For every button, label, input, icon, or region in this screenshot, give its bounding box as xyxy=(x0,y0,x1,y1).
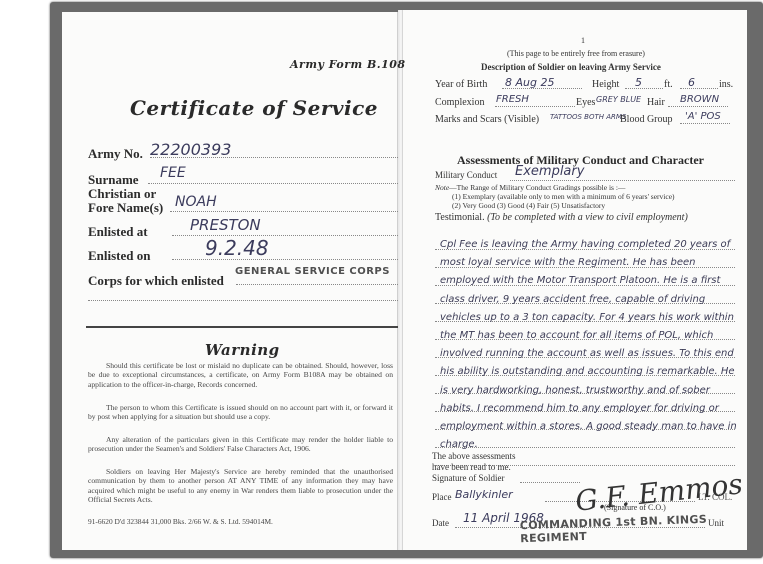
corps-stamp: GENERAL SERVICE CORPS xyxy=(235,266,390,277)
warning-paragraph-3: Any alteration of the particulars given … xyxy=(88,435,393,454)
feet-unit: ft. xyxy=(664,79,673,90)
unit-label: Unit xyxy=(708,518,724,528)
eyes-label: Eyes xyxy=(576,97,595,108)
year-of-birth-value: 8 Aug 25 xyxy=(505,76,554,89)
blank-dotted-line xyxy=(88,300,398,301)
corps-label: Corps for which enlisted xyxy=(88,273,224,288)
fore-names-label: Fore Name(s) xyxy=(88,200,163,215)
blood-group-value: 'A' POS xyxy=(685,111,721,122)
eyes-value: GREY BLUE xyxy=(596,95,641,104)
enlisted-at-value: PRESTON xyxy=(190,216,261,234)
gradings-note-1: Note—The Range of Military Conduct Gradi… xyxy=(435,183,625,192)
corps-field: Corps for which enlisted xyxy=(88,273,224,289)
inches-unit: ins. xyxy=(719,79,733,90)
warning-title: Warning xyxy=(205,341,280,359)
gradings-note-3: (2) Very Good (3) Good (4) Fair (5) Unsa… xyxy=(452,201,605,210)
enlisted-on-label: Enlisted on xyxy=(88,248,151,263)
height-inches-value: 6 xyxy=(688,76,695,89)
gradings-note-2: (1) Exemplary (available only to men wit… xyxy=(452,192,675,201)
marks-value: TATTOOS BOTH ARMS xyxy=(550,113,626,121)
blood-group-label: Blood Group xyxy=(620,114,673,125)
testimonial-handwritten: Cpl Fee is leaving the Army having compl… xyxy=(440,236,740,454)
certificate-title: Certificate of Service xyxy=(130,96,378,120)
military-conduct-label: Military Conduct xyxy=(435,170,497,180)
marks-label: Marks and Scars (Visible) xyxy=(435,114,539,125)
army-no-field: Army No. xyxy=(88,146,143,162)
enlisted-on-field: Enlisted on xyxy=(88,248,151,264)
height-label: Height xyxy=(592,79,619,90)
erasure-note: (This page to be entirely free from eras… xyxy=(507,49,645,58)
enlisted-on-value: 9.2.48 xyxy=(205,236,269,260)
read-note-1: The above assessments xyxy=(432,451,515,461)
place-value: Ballykinler xyxy=(455,488,513,501)
fore-names-value: NOAH xyxy=(175,194,217,210)
description-title: Description of Soldier on leaving Army S… xyxy=(481,62,661,72)
army-no-value: 22200393 xyxy=(150,140,231,159)
height-feet-value: 5 xyxy=(635,76,642,89)
surname-label: Surname xyxy=(88,172,139,187)
warning-paragraph-2: The person to whom this Certificate is i… xyxy=(88,403,393,422)
enlisted-at-label: Enlisted at xyxy=(88,224,148,239)
military-conduct-value: Exemplary xyxy=(515,164,584,179)
place-label: Place xyxy=(432,492,452,502)
enlisted-at-field: Enlisted at xyxy=(88,224,148,240)
section-divider xyxy=(86,326,398,328)
soldier-signature-label: Signature of Soldier xyxy=(432,473,505,483)
form-number: Army Form B.108 xyxy=(290,58,406,71)
date-label: Date xyxy=(432,518,449,528)
year-of-birth-label: Year of Birth xyxy=(435,79,487,90)
hair-value: BROWN xyxy=(680,94,719,105)
complexion-value: FRESH xyxy=(496,94,529,105)
warning-paragraph-1: Should this certificate be lost or misla… xyxy=(88,361,393,389)
complexion-label: Complexion xyxy=(435,97,484,108)
testimonial-label-row: Testimonial. (To be completed with a vie… xyxy=(435,212,688,223)
army-no-label: Army No. xyxy=(88,146,143,161)
printer-line: 91-6620 D'd 323844 31,000 Bks. 2/66 W. &… xyxy=(88,517,273,526)
warning-paragraph-4: Soldiers on leaving Her Majesty's Servic… xyxy=(88,467,393,504)
read-note-2: have been read to me. xyxy=(432,462,511,472)
hair-label: Hair xyxy=(647,97,665,108)
fore-names-field: Fore Name(s) xyxy=(88,200,163,216)
page-number: 1 xyxy=(581,36,585,45)
surname-value: FEE xyxy=(160,165,186,181)
